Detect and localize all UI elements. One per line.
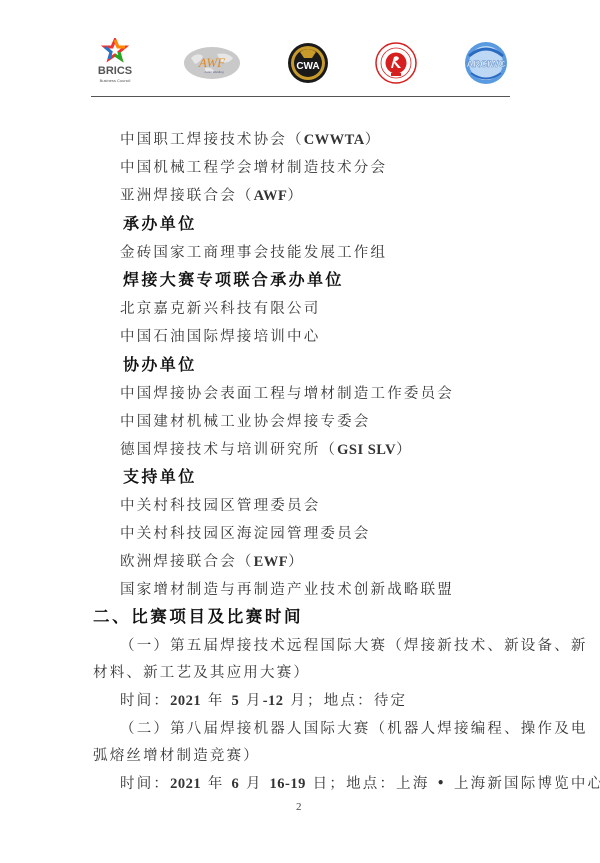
svg-text:ARCIWC: ARCIWC (466, 59, 505, 70)
organizer-awf: 亚洲焊接联合会（AWF） (120, 187, 304, 205)
competition-item-2-time: 时间：2021 年 6 月 16-19 日；地点：上海 • 上海新国际博览中心 (120, 775, 600, 793)
supporter-heading: 支持单位 (123, 468, 197, 486)
location-text: 月；地点：待定 (284, 693, 408, 709)
organizer-name: 国家增材制造与再制造产业技术创新战略联盟 (120, 582, 454, 598)
co-organizer-item: 中国建材机械工业协会焊接专委会 (120, 413, 371, 431)
co-organizer-item: 德国焊接技术与培训研究所（GSI SLV） (120, 441, 413, 459)
year: 2021 (170, 693, 201, 709)
organizer-cwwta: 中国职工焊接技术协会（CWWTA） (120, 131, 381, 149)
time-label: 时间： (120, 693, 170, 709)
header-logos: BRICS Business Council AWF Asian Welding… (90, 38, 510, 88)
joint-host-item: 北京嘉克新兴科技有限公司 (120, 300, 320, 318)
svg-text:BRICS: BRICS (98, 65, 132, 77)
host-heading: 承办单位 (123, 215, 197, 233)
month-end: -12 (263, 693, 284, 709)
organizer-abbr: CWWTA (304, 132, 365, 148)
organizer-name: 亚洲焊接联合会（ (120, 188, 254, 204)
organizer-abbr: AWF (254, 188, 288, 204)
year: 2021 (170, 776, 201, 792)
competition-item-1-title-cont: 材料、新工艺及其应用大赛） (93, 664, 310, 682)
paren-close: ） (365, 132, 382, 148)
competition-item-1-title: （一）第五届焊接技术远程国际大赛（焊接新技术、新设备、新 (120, 637, 588, 655)
paren-close: ） (396, 442, 413, 458)
svg-text:Business Council: Business Council (100, 78, 131, 83)
paren-close: ） (288, 554, 305, 570)
supporter-item: 欧洲焊接联合会（EWF） (120, 553, 305, 571)
svg-text:Asian Welding: Asian Welding (204, 70, 223, 74)
cwwta-logo (374, 38, 418, 88)
organizer-name: 中国焊接协会表面工程与增材制造工作委员会 (120, 386, 454, 402)
cwa-logo: CWA (286, 38, 330, 88)
section-heading: 二、比赛项目及比赛时间 (93, 608, 303, 626)
co-organizer-heading: 协办单位 (123, 356, 197, 374)
arciwc-logo: ARCIWC (462, 38, 510, 88)
organizer-name: 中关村科技园区管理委员会 (120, 498, 320, 514)
location-text: 日；地点：上海 • 上海新国际博览中心 (306, 776, 600, 792)
organizer-name: 中关村科技园区海淀园管理委员会 (120, 526, 371, 542)
text: 年 (201, 693, 231, 709)
competition-item-2-title: （二）第八届焊接机器人国际大赛（机器人焊接编程、操作及电 (120, 720, 588, 738)
svg-text:AWF: AWF (198, 55, 226, 70)
text: 月 (239, 693, 263, 709)
cwwta-emblem-icon (375, 42, 417, 84)
competition-item-1-time: 时间：2021 年 5 月-12 月；地点：待定 (120, 692, 407, 710)
organizer-name: 中国机械工程学会增材制造技术分会 (120, 160, 387, 176)
co-organizer-item: 中国焊接协会表面工程与增材制造工作委员会 (120, 385, 454, 403)
supporter-item: 中关村科技园区海淀园管理委员会 (120, 525, 371, 543)
page-number: 2 (296, 801, 302, 813)
paren-close: ） (287, 188, 304, 204)
organizer-name: 欧洲焊接联合会（ (120, 554, 254, 570)
organizer-abbr: GSI SLV (337, 442, 396, 458)
awf-globe-icon: AWF Asian Welding (183, 46, 241, 80)
day-range: 16-19 (270, 776, 306, 792)
supporter-item: 国家增材制造与再制造产业技术创新战略联盟 (120, 581, 454, 599)
organizer-name: 中国职工焊接技术协会（ (120, 132, 304, 148)
time-label: 时间： (120, 776, 170, 792)
header-divider (91, 96, 510, 97)
host-item: 金砖国家工商理事会技能发展工作组 (120, 244, 387, 262)
joint-host-item: 中国石油国际焊接培训中心 (120, 328, 320, 346)
text: 年 (201, 776, 231, 792)
awf-logo: AWF Asian Welding (182, 38, 242, 88)
organizer-abbr: EWF (254, 554, 289, 570)
brics-star-icon: BRICS Business Council (93, 38, 137, 88)
arciwc-globe-icon: ARCIWC (463, 40, 509, 86)
organizer-name: 中国建材机械工业协会焊接专委会 (120, 414, 371, 430)
text: 月 (239, 776, 269, 792)
supporter-item: 中关村科技园区管理委员会 (120, 497, 320, 515)
organizer-name: 德国焊接技术与培训研究所（ (120, 442, 337, 458)
joint-host-heading: 焊接大赛专项联合承办单位 (123, 271, 344, 289)
brics-logo: BRICS Business Council (90, 38, 140, 88)
svg-text:CWA: CWA (296, 61, 319, 72)
document-page: BRICS Business Council AWF Asian Welding… (0, 0, 600, 863)
competition-item-2-title-cont: 弧熔丝增材制造竞赛） (93, 747, 260, 765)
cwa-emblem-icon: CWA (287, 42, 329, 84)
organizer-cmes-am: 中国机械工程学会增材制造技术分会 (120, 159, 387, 177)
